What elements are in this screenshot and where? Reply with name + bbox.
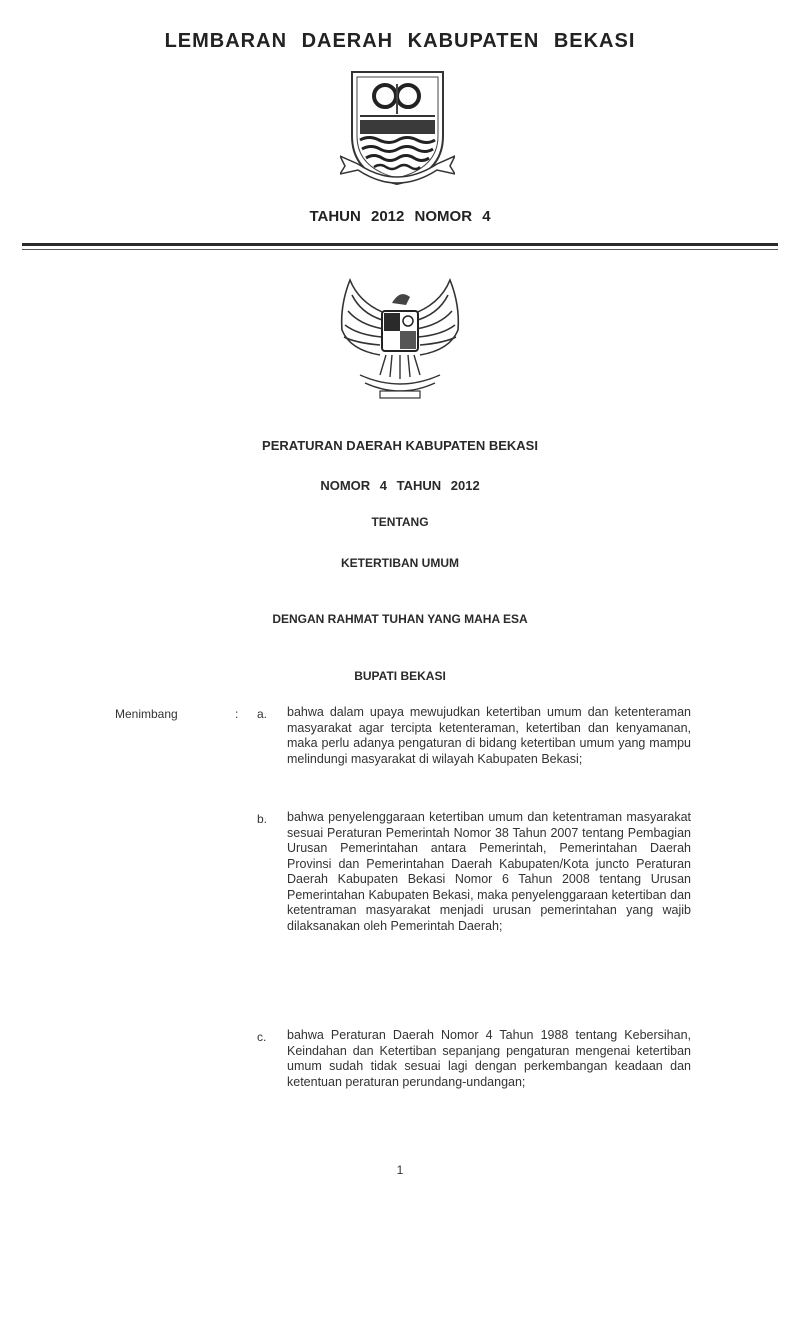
header-divider (22, 243, 778, 246)
consideration-text-a: bahwa dalam upaya mewujudkan ketertiban … (287, 705, 691, 767)
consideration-letter-a: a. (257, 707, 267, 721)
gazette-title: LEMBARAN DAERAH KABUPATEN BEKASI (0, 30, 800, 53)
considerations-separator: : (235, 707, 238, 721)
considerations-label: Menimbang (115, 707, 178, 721)
regulation-title: PERATURAN DAERAH KABUPATEN BEKASI (0, 438, 800, 453)
consideration-letter-c: c. (257, 1030, 266, 1044)
invocation: DENGAN RAHMAT TUHAN YANG MAHA ESA (0, 612, 800, 626)
consideration-text-c: bahwa Peraturan Daerah Nomor 4 Tahun 198… (287, 1028, 691, 1090)
header-divider-thin (22, 249, 778, 250)
gazette-issue: TAHUN 2012 NOMOR 4 (0, 208, 800, 225)
regulation-number: NOMOR 4 TAHUN 2012 (0, 478, 800, 493)
regulation-subject: KETERTIBAN UMUM (0, 556, 800, 570)
about-label: TENTANG (0, 515, 800, 529)
consideration-letter-b: b. (257, 812, 267, 826)
garuda-pancasila-emblem-icon (320, 275, 480, 410)
page-number: 1 (0, 1163, 800, 1177)
consideration-text-b: bahwa penyelenggaraan ketertiban umum da… (287, 810, 691, 934)
authority-title: BUPATI BEKASI (0, 669, 800, 683)
bekasi-regency-coat-of-arms-icon (340, 66, 455, 194)
